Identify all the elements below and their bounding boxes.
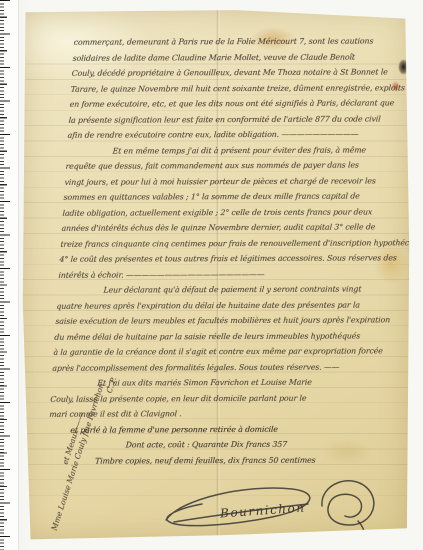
manuscript-line: sommes en quittances valables ; 1° la so… bbox=[63, 188, 408, 205]
manuscript-line: vingt jours, et pour lui à moi huissier … bbox=[64, 173, 409, 190]
measuring-ruler bbox=[0, 0, 19, 550]
manuscript-line: commerçant, demeurant à Paris rue de la … bbox=[73, 33, 418, 50]
manuscript-line: treize francs cinquante cinq centimes po… bbox=[60, 235, 405, 252]
manuscript-line: années d'intérêts échus dès le quinze No… bbox=[61, 219, 406, 236]
manuscript-line: solidaires de ladite dame Claudine Marie… bbox=[72, 49, 417, 66]
manuscript-line: saisie exécution de leurs meubles et fac… bbox=[55, 312, 400, 329]
manuscript-line: intérêts à échoir. —————————————————— bbox=[58, 266, 403, 283]
manuscript-line: en forme exécutoire, etc, et que les dit… bbox=[69, 95, 414, 112]
manuscript-line: ladite obligation, actuellement exigible… bbox=[62, 204, 407, 221]
manuscript-line: afin de rendre exécutoire contre eux, la… bbox=[67, 126, 412, 143]
manuscript-line: du même délai de huitaine par la saisie … bbox=[54, 328, 399, 345]
signature-flourish-icon: Bournichon bbox=[150, 464, 390, 550]
document-scan: commerçant, demeurant à Paris rue de la … bbox=[0, 0, 423, 550]
ruler-tick-marks-cm bbox=[0, 0, 10, 550]
signature-name: Bournichon bbox=[219, 501, 306, 521]
signature: Bournichon bbox=[150, 464, 390, 550]
manuscript-line: requête que dessus, fait commandement au… bbox=[65, 157, 410, 174]
manuscript-line: Leur déclarant qu'à défaut de paiement i… bbox=[57, 281, 402, 298]
manuscript-line: Couly, décédé propriétaire à Genouilleux… bbox=[71, 64, 416, 81]
document-paper: commerçant, demeurant à Paris rue de la … bbox=[22, 9, 410, 541]
manuscript-line: la présente signification leur est faite… bbox=[68, 111, 413, 128]
manuscript-line: Et en même temps j'ai dit à présent pour… bbox=[66, 142, 411, 159]
manuscript-line: Tarare, le quinze Novembre mil huit cent… bbox=[70, 80, 415, 97]
manuscript-line: 4° le coût des présentes et tous autres … bbox=[59, 250, 404, 267]
manuscript-line: quatre heures après l'expiration du déla… bbox=[56, 297, 401, 314]
